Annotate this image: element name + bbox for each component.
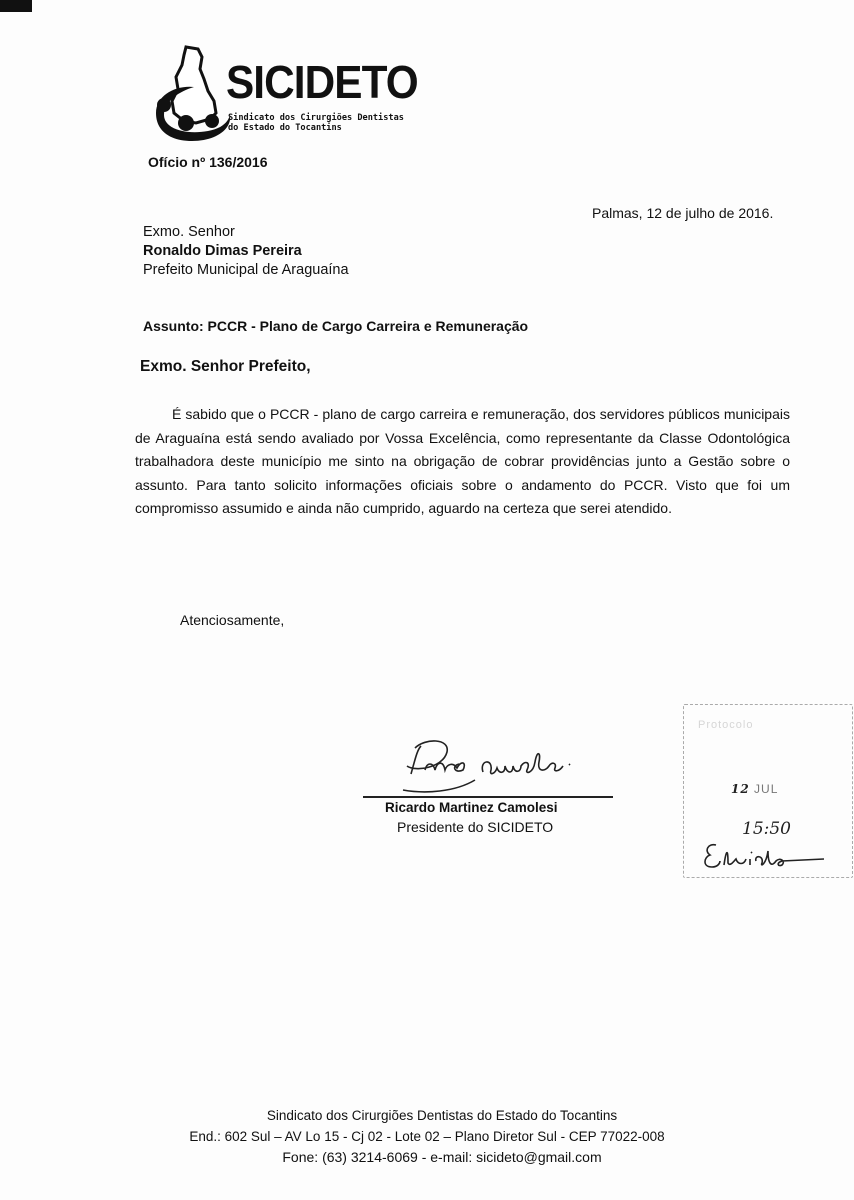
letterhead-logo: SICIDETO Sindicato dos Cirurgiões Dentis…: [146, 43, 436, 143]
signature-line: [363, 796, 613, 798]
body-paragraph: É sabido que o PCCR - plano de cargo car…: [135, 403, 790, 521]
stamp-faint-text: Protocolo: [698, 715, 848, 735]
signatory-name: Ricardo Martinez Camolesi: [385, 800, 558, 815]
handwritten-signature-icon: [355, 730, 625, 800]
tocantins-map-people-icon: [146, 43, 236, 143]
footer-address: End.: 602 Sul – AV Lo 15 - Cj 02 - Lote …: [0, 1126, 854, 1147]
stamp-day: 12: [731, 782, 750, 796]
subject-line: Assunto: PCCR - Plano de Cargo Carreira …: [143, 318, 528, 334]
receiver-signature-icon: [694, 837, 834, 873]
footer-contact: Fone: (63) 3214-6069 - e-mail: sicideto@…: [30, 1147, 854, 1168]
place-date: Palmas, 12 de julho de 2016.: [592, 205, 773, 221]
scan-corner-artifact: [0, 0, 32, 12]
recipient-block: Exmo. Senhor Ronaldo Dimas Pereira Prefe…: [143, 223, 349, 280]
signature-block: Ricardo Martinez Camolesi Presidente do …: [355, 730, 625, 840]
org-acronym: SICIDETO: [226, 59, 418, 105]
stamp-date: 12 JUL: [731, 782, 778, 796]
document-reference: Ofício nº 136/2016: [148, 154, 268, 170]
recipient-position: Prefeito Municipal de Araguaína: [143, 261, 349, 280]
recipient-name: Ronaldo Dimas Pereira: [143, 242, 349, 261]
org-full-name: Sindicato dos Cirurgiões Dentistas do Es…: [228, 113, 448, 133]
org-name-line2: do Estado do Tocantins: [228, 123, 448, 133]
letter-footer: Sindicato dos Cirurgiões Dentistas do Es…: [0, 1105, 854, 1168]
receipt-stamp: Protocolo 12 JUL 15:50: [683, 704, 853, 878]
greeting: Exmo. Senhor Prefeito,: [140, 358, 311, 376]
letter-body: É sabido que o PCCR - plano de cargo car…: [135, 403, 790, 521]
footer-org-name: Sindicato dos Cirurgiões Dentistas do Es…: [30, 1105, 854, 1126]
stamp-time: 15:50: [742, 819, 791, 839]
signatory-title: Presidente do SICIDETO: [397, 819, 553, 835]
org-name-line1: Sindicato dos Cirurgiões Dentistas: [228, 113, 448, 123]
closing: Atenciosamente,: [180, 612, 284, 628]
stamp-month: JUL: [754, 782, 778, 796]
recipient-salutation-title: Exmo. Senhor: [143, 223, 349, 242]
